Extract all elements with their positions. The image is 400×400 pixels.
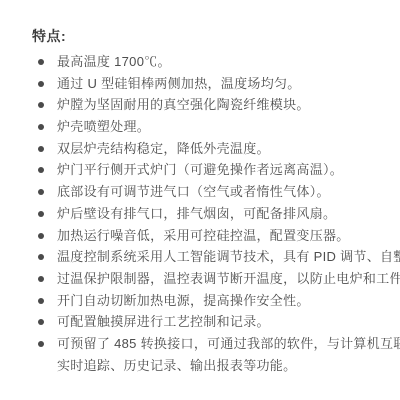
list-item: 炉门平行侧开式炉门（可避免操作者远离高温）。 [32,159,400,181]
bullet-icon [38,167,44,173]
bullet-icon [38,59,44,65]
list-item-text: 最高温度 1700℃。 [57,51,171,73]
list-item: 炉后壁设有排气口，排气烟囱，可配备排风扇。 [32,203,400,225]
features-section: 特点: 最高温度 1700℃。通过 U 型硅钼棒两侧加热，温度场均匀。炉膛为坚固… [0,0,400,376]
list-item-line: 双层炉壳结构稳定，降低外壳温度。 [57,138,270,160]
bullet-icon [38,319,44,325]
list-item: 可预留了 485 转换接口，可通过我部的软件，与计算机互联，实时追踪、历史记录、… [32,333,400,376]
list-item: 底部设有可调节进气口（空气或者惰性气体）。 [32,181,400,203]
bullet-icon [38,124,44,130]
list-item-text: 炉后壁设有排气口，排气烟囱，可配备排风扇。 [57,203,336,225]
bullet-icon [38,102,44,108]
features-title: 特点: [32,27,400,45]
list-item-text: 双层炉壳结构稳定，降低外壳温度。 [57,138,270,160]
list-item-text: 炉壳喷塑处理。 [57,116,150,138]
list-item-line: 可配置触摸屏进行工艺控制和记录。 [57,311,270,333]
bullet-icon [38,276,44,282]
list-item: 炉壳喷塑处理。 [32,116,400,138]
list-item-line: 实时追踪、历史记录、输出报表等功能。 [57,355,400,377]
list-item: 温度控制系统采用人工智能调节技术，具有 PID 调节、自整定 [32,246,400,268]
bullet-icon [38,233,44,239]
list-item-line: 开门自动切断加热电源，提高操作安全性。 [57,290,310,312]
list-item: 炉膛为坚固耐用的真空强化陶瓷纤维模块。 [32,94,400,116]
list-item-text: 底部设有可调节进气口（空气或者惰性气体）。 [57,181,330,203]
list-item: 通过 U 型硅钼棒两侧加热，温度场均匀。 [32,73,400,95]
feature-list: 最高温度 1700℃。通过 U 型硅钼棒两侧加热，温度场均匀。炉膛为坚固耐用的真… [32,51,400,376]
list-item: 双层炉壳结构稳定，降低外壳温度。 [32,138,400,160]
list-item-line: 可预留了 485 转换接口，可通过我部的软件，与计算机互联， [57,333,400,355]
list-item-line: 通过 U 型硅钼棒两侧加热，温度场均匀。 [57,73,301,95]
list-item-text: 加热运行噪音低，采用可控硅控温，配置变压器。 [57,225,350,247]
bullet-icon [38,189,44,195]
list-item: 开门自动切断加热电源，提高操作安全性。 [32,290,400,312]
list-item: 过温保护限制器，温控表调节断开温度，以防止电炉和工件超 [32,268,400,290]
list-item-text: 炉膛为坚固耐用的真空强化陶瓷纤维模块。 [57,94,310,116]
list-item-text: 过温保护限制器，温控表调节断开温度，以防止电炉和工件超 [57,268,400,290]
bullet-icon [38,341,44,347]
bullet-icon [38,81,44,87]
list-item-line: 过温保护限制器，温控表调节断开温度，以防止电炉和工件超 [57,268,400,290]
list-item-line: 炉壳喷塑处理。 [57,116,150,138]
list-item: 加热运行噪音低，采用可控硅控温，配置变压器。 [32,225,400,247]
list-item: 可配置触摸屏进行工艺控制和记录。 [32,311,400,333]
list-item-line: 加热运行噪音低，采用可控硅控温，配置变压器。 [57,225,350,247]
list-item-line: 炉门平行侧开式炉门（可避免操作者远离高温）。 [57,159,343,181]
list-item-text: 通过 U 型硅钼棒两侧加热，温度场均匀。 [57,73,301,95]
bullet-icon [38,254,44,260]
list-item-text: 温度控制系统采用人工智能调节技术，具有 PID 调节、自整定 [57,246,400,268]
list-item-line: 炉后壁设有排气口，排气烟囱，可配备排风扇。 [57,203,336,225]
list-item-line: 最高温度 1700℃。 [57,51,171,73]
bullet-icon [38,146,44,152]
list-item: 最高温度 1700℃。 [32,51,400,73]
list-item-text: 炉门平行侧开式炉门（可避免操作者远离高温）。 [57,159,343,181]
bullet-icon [38,298,44,304]
list-item-text: 开门自动切断加热电源，提高操作安全性。 [57,290,310,312]
list-item-line: 炉膛为坚固耐用的真空强化陶瓷纤维模块。 [57,94,310,116]
list-item-text: 可预留了 485 转换接口，可通过我部的软件，与计算机互联，实时追踪、历史记录、… [57,333,400,376]
list-item-line: 底部设有可调节进气口（空气或者惰性气体）。 [57,181,330,203]
list-item-line: 温度控制系统采用人工智能调节技术，具有 PID 调节、自整定 [57,246,400,268]
bullet-icon [38,211,44,217]
list-item-text: 可配置触摸屏进行工艺控制和记录。 [57,311,270,333]
